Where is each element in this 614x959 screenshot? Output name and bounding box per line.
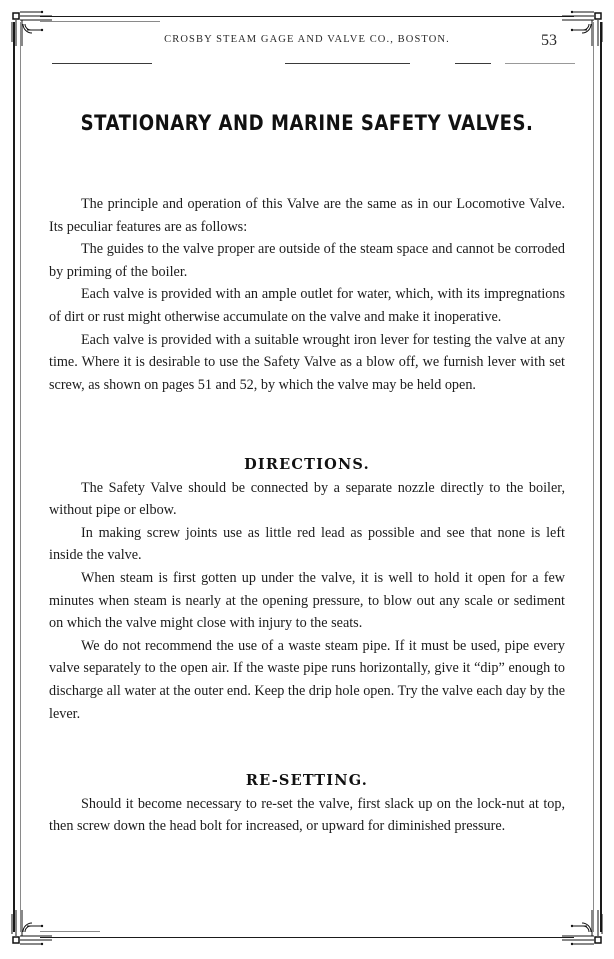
header-rule bbox=[505, 63, 575, 64]
directions-section: DIRECTIONS. The Safety Valve should be c… bbox=[49, 454, 565, 725]
intro-section: The principle and operation of this Valv… bbox=[49, 193, 565, 396]
header-rule bbox=[455, 63, 491, 64]
paragraph: The principle and operation of this Valv… bbox=[49, 193, 565, 238]
border-left-outer bbox=[13, 22, 15, 932]
paragraph: Should it become necessary to re-set the… bbox=[49, 793, 565, 838]
ornament-icon bbox=[8, 910, 52, 950]
paragraph: In making screw joints use as little red… bbox=[49, 522, 565, 567]
border-right-inner bbox=[593, 22, 594, 932]
paragraph: When steam is first gotten up under the … bbox=[49, 567, 565, 635]
border-bottom bbox=[40, 937, 574, 938]
section-heading-directions: DIRECTIONS. bbox=[49, 454, 565, 477]
paragraph: The Safety Valve should be connected by … bbox=[49, 477, 565, 522]
paragraph: We do not recommend the use of a waste s… bbox=[49, 635, 565, 725]
paragraph: Each valve is provided with a suitable w… bbox=[49, 329, 565, 397]
ornament-icon bbox=[562, 910, 606, 950]
corner-ornament-bottom-right bbox=[562, 910, 606, 950]
border-left-inner bbox=[20, 22, 21, 932]
catalog-page: CROSBY STEAM GAGE AND VALVE CO., BOSTON.… bbox=[0, 0, 614, 959]
running-header: CROSBY STEAM GAGE AND VALVE CO., BOSTON. bbox=[0, 34, 614, 45]
paragraph: The guides to the valve proper are outsi… bbox=[49, 238, 565, 283]
section-heading-resetting: RE-SETTING. bbox=[49, 770, 565, 793]
paragraph: Each valve is provided with an ample out… bbox=[49, 283, 565, 328]
resetting-section: RE-SETTING. Should it become necessary t… bbox=[49, 770, 565, 838]
header-rule bbox=[285, 63, 410, 64]
border-top-inner bbox=[40, 21, 160, 22]
corner-ornament-bottom-left bbox=[8, 910, 52, 950]
border-top bbox=[40, 16, 574, 17]
border-right-outer bbox=[600, 22, 602, 932]
page-number: 53 bbox=[541, 32, 557, 50]
page-title: STATIONARY AND MARINE SAFETY VALVES. bbox=[43, 111, 571, 135]
header-rule bbox=[52, 63, 152, 64]
